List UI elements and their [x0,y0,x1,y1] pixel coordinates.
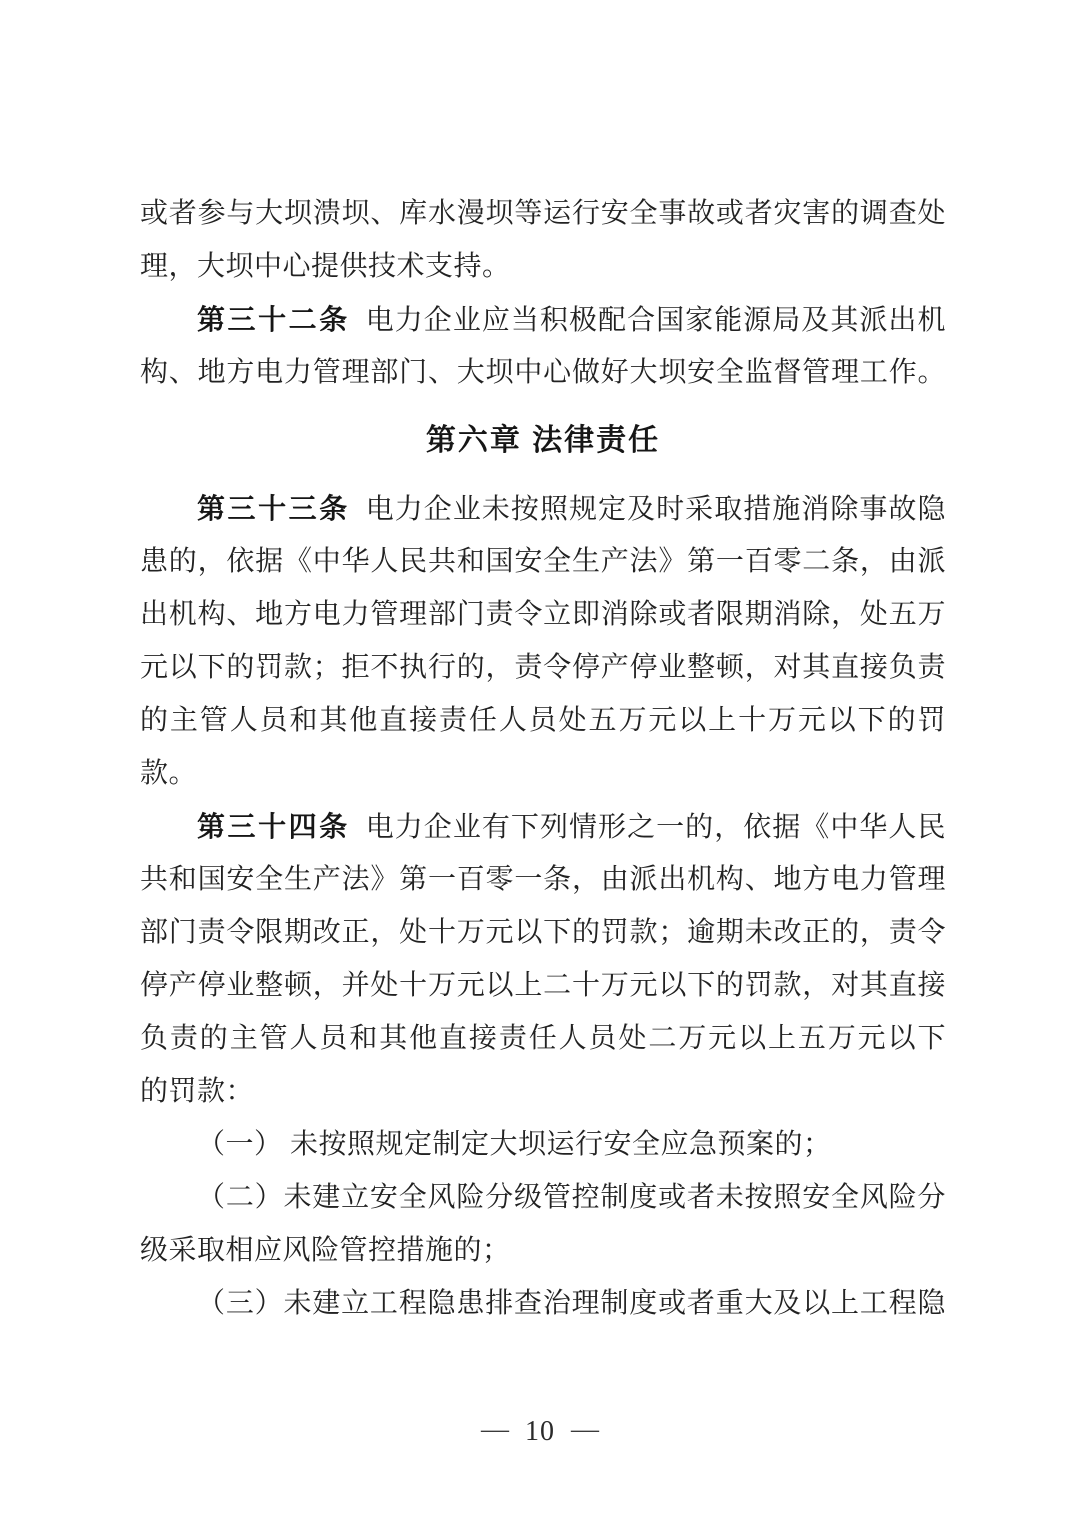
document-page: 或者参与大坝溃坝、库水漫坝等运行安全事故或者灾害的调查处 理，大坝中心提供技术支… [0,0,1080,1527]
article-32-number: 第三十二条 [197,304,350,335]
body-line: 停产停业整顿，并处十万元以上二十万元以下的罚款，对其直接 [140,959,946,1012]
body-line: 元以下的罚款；拒不执行的，责令停产停业整顿，对其直接负责 [140,641,946,694]
body-line: 患的，依据《中华人民共和国安全生产法》第一百零二条，由派 [140,535,946,588]
body-line: 构、地方电力管理部门、大坝中心做好大坝安全监督管理工作。 [140,346,946,399]
body-line: 理，大坝中心提供技术支持。 [140,240,946,293]
article-34-opening-line: 第三十四条电力企业有下列情形之一的，依据《中华人民 [140,800,946,853]
article-33-opening-line: 第三十三条电力企业未按照规定及时采取措施消除事故隐 [140,482,946,535]
list-item-3-line: （三）未建立工程隐患排查治理制度或者重大及以上工程隐 [140,1277,946,1330]
body-line: 的主管人员和其他直接责任人员处五万元以上十万元以下的罚 [140,694,946,747]
article-34-number: 第三十四条 [197,811,350,842]
body-line: 共和国安全生产法》第一百零一条，由派出机构、地方电力管理 [140,853,946,906]
document-content: 或者参与大坝溃坝、库水漫坝等运行安全事故或者灾害的调查处 理，大坝中心提供技术支… [140,187,946,1330]
body-line: 出机构、地方电力管理部门责令立即消除或者限期消除，处五万 [140,588,946,641]
page-footer: —10— [0,1405,1080,1458]
list-item-1-line: （一） 未按照规定制定大坝运行安全应急预案的； [140,1118,946,1171]
article-32-opening-line: 第三十二条电力企业应当积极配合国家能源局及其派出机 [140,293,946,346]
body-line: 负责的主管人员和其他直接责任人员处二万元以上五万元以下 [140,1012,946,1065]
body-line: 款。 [140,747,946,800]
article-33-number: 第三十三条 [197,493,350,524]
article-32-text: 电力企业应当积极配合国家能源局及其派出机 [366,305,946,336]
footer-dash-right: — [571,1414,599,1445]
list-item-2-line: （二）未建立安全风险分级管控制度或者未按照安全风险分 [140,1171,946,1224]
body-line: 的罚款： [140,1065,946,1118]
article-33-text: 电力企业未按照规定及时采取措施消除事故隐 [366,494,946,525]
footer-dash-left: — [481,1414,509,1445]
body-line: 部门责令限期改正，处十万元以下的罚款；逾期未改正的，责令 [140,906,946,959]
body-line: 或者参与大坝溃坝、库水漫坝等运行安全事故或者灾害的调查处 [140,187,946,240]
list-item-2-line: 级采取相应风险管控措施的； [140,1224,946,1277]
article-34-text: 电力企业有下列情形之一的，依据《中华人民 [366,812,946,843]
page-number: 10 [525,1416,555,1447]
chapter-heading: 第六章 法律责任 [140,414,946,467]
